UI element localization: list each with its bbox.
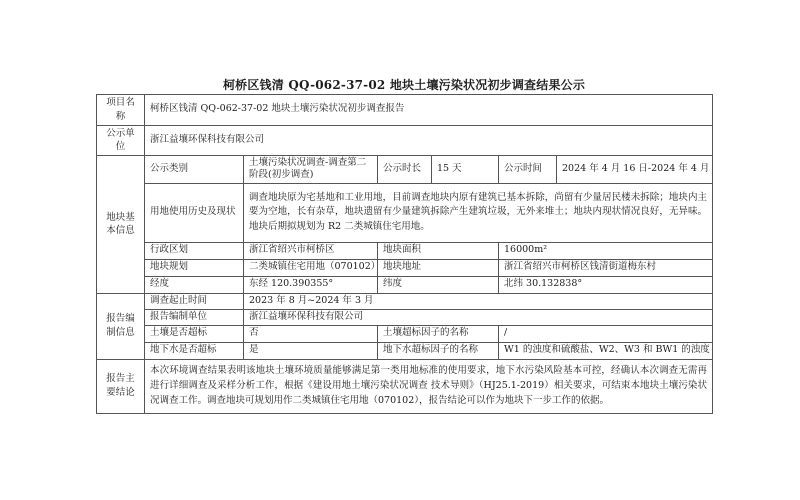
section-basic-info-label: 地块基本信息 [97, 156, 145, 294]
plot-planning-label: 地块规划 [145, 259, 244, 276]
publicity-duration-value: 15 天 [432, 156, 499, 184]
publicity-unit-label: 公示单位 [97, 125, 145, 156]
publicity-period-value: 2024 年 4 月 16 日-2024 年 4 月 30 日 [557, 156, 713, 184]
table-row: 报告编制信息 调查起止时间 2023 年 8 月~2024 年 3 月 [97, 293, 713, 309]
table-row: 报告主要结论 本次环境调查结果表明该地块土壤环境质量能够满足第一类用地标准的使用… [97, 359, 713, 413]
table-row: 项目名称 柯桥区钱清 QQ-062-37-02 地块土壤污染状况初步调查报告 [97, 95, 713, 126]
plot-area-value: 16000m² [499, 242, 713, 259]
publicity-period-label: 公示时间 [499, 156, 557, 184]
plot-address-label: 地块地址 [378, 259, 499, 276]
longitude-value: 东经 120.390355° [244, 276, 378, 293]
groundwater-factor-label: 地下水超标因子的名称 [378, 342, 499, 359]
project-name-label: 项目名称 [97, 95, 145, 126]
publicity-unit-value: 浙江益壤环保科技有限公司 [145, 125, 713, 156]
table-row: 地下水是否超标 是 地下水超标因子的名称 W1 的浊度和硫酸盐、W2、W3 和 … [97, 342, 713, 359]
report-unit-label: 报告编制单位 [145, 309, 244, 325]
table-row: 用地使用历史及现状 调查地块原为宅基地和工业用地，目前调查地块内原有建筑已基本拆… [97, 183, 713, 242]
publicity-type-value: 土壤污染状况调查-调查第二阶段(初步调查) [244, 156, 378, 184]
conclusion-value: 本次环境调查结果表明该地块土壤环境质量能够满足第一类用地标准的使用要求，地下水污… [145, 359, 713, 413]
section-report-info-label: 报告编制信息 [97, 293, 145, 359]
table-row: 经度 东经 120.390355° 纬度 北纬 30.132838° [97, 276, 713, 293]
admin-division-value: 浙江省绍兴市柯桥区 [244, 242, 378, 259]
plot-area-label: 地块面积 [378, 242, 499, 259]
survey-time-label: 调查起止时间 [145, 293, 244, 309]
plot-address-value: 浙江省绍兴市柯桥区钱清街道梅东村 [499, 259, 713, 276]
table-row: 报告编制单位 浙江益壤环保科技有限公司 [97, 309, 713, 325]
document-page: 柯桥区钱清 QQ-062-37-02 地块土壤污染状况初步调查结果公示 项目名称… [0, 0, 800, 500]
project-name-value: 柯桥区钱清 QQ-062-37-02 地块土壤污染状况初步调查报告 [145, 95, 713, 126]
table-row: 地块规划 二类城镇住宅用地（070102） 地块地址 浙江省绍兴市柯桥区钱清街道… [97, 259, 713, 276]
latitude-label: 纬度 [378, 276, 499, 293]
announcement-table: 项目名称 柯桥区钱清 QQ-062-37-02 地块土壤污染状况初步调查报告 公… [96, 94, 713, 414]
table-row: 土壤是否超标 否 土壤超标因子的名称 / [97, 325, 713, 342]
latitude-value: 北纬 30.132838° [499, 276, 713, 293]
publicity-type-label: 公示类别 [145, 156, 244, 184]
groundwater-exceed-label: 地下水是否超标 [145, 342, 244, 359]
survey-time-value: 2023 年 8 月~2024 年 3 月 [244, 293, 713, 309]
soil-factor-value: / [499, 325, 713, 342]
table-row: 地块基本信息 公示类别 土壤污染状况调查-调查第二阶段(初步调查) 公示时长 1… [97, 156, 713, 184]
groundwater-exceed-value: 是 [244, 342, 378, 359]
land-use-history-value: 调查地块原为宅基地和工业用地，目前调查地块内原有建筑已基本拆除，尚留有少量居民楼… [244, 183, 713, 242]
soil-exceed-label: 土壤是否超标 [145, 325, 244, 342]
land-use-history-label: 用地使用历史及现状 [145, 183, 244, 242]
publicity-duration-label: 公示时长 [378, 156, 432, 184]
groundwater-factor-value: W1 的浊度和硫酸盐、W2、W3 和 BW1 的浊度 [499, 342, 713, 359]
report-unit-value: 浙江益壤环保科技有限公司 [244, 309, 713, 325]
page-title: 柯桥区钱清 QQ-062-37-02 地块土壤污染状况初步调查结果公示 [96, 76, 712, 93]
section-conclusion-label: 报告主要结论 [97, 359, 145, 413]
table-row: 公示单位 浙江益壤环保科技有限公司 [97, 125, 713, 156]
table-row: 行政区划 浙江省绍兴市柯桥区 地块面积 16000m² [97, 242, 713, 259]
plot-planning-value: 二类城镇住宅用地（070102） [244, 259, 378, 276]
soil-factor-label: 土壤超标因子的名称 [378, 325, 499, 342]
admin-division-label: 行政区划 [145, 242, 244, 259]
soil-exceed-value: 否 [244, 325, 378, 342]
longitude-label: 经度 [145, 276, 244, 293]
